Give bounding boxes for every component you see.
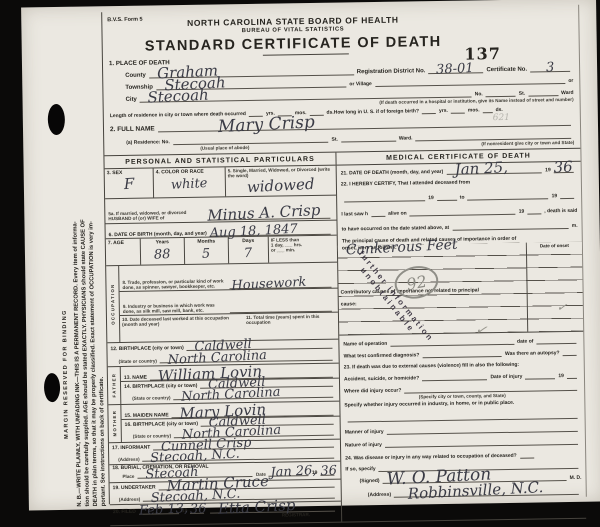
filed-row: 20. FILED Feb 13, 19 36 Etta Crisp REGIS…: [110, 501, 341, 525]
nature-line: [385, 436, 578, 447]
physician-addr-line: Robbinsville, N.C.: [394, 486, 579, 497]
where-injury-label: Where did injury occur?: [344, 387, 401, 394]
sex-color-marital-row: 3. SEX F 4. COLOR OR RACE white 5. Singl…: [105, 165, 336, 199]
occupation-side-label: OCCUPATION: [110, 276, 116, 332]
mother-bp-state-line: North Carolina: [174, 427, 334, 438]
to-year-line: [560, 190, 574, 198]
full-name-value: Mary Crisp: [217, 114, 315, 136]
district-label: Registration District No.: [357, 68, 426, 75]
to-label: to: [460, 194, 465, 200]
certno-line: 3: [530, 64, 570, 73]
burial-year-value: 36: [320, 464, 337, 478]
last-saw-label-1: I last saw h: [341, 211, 368, 217]
residence-st-line: [341, 134, 396, 143]
birthplace-state-label: (State or country): [119, 358, 157, 364]
operation-date-line: [536, 335, 576, 344]
trade-label: 8. Trade, profession, or particular kind…: [122, 278, 226, 291]
physician-addr-label: (Address): [368, 491, 391, 497]
m-label: m.: [572, 222, 578, 228]
registrar-signature: Etta Crisp: [218, 497, 296, 516]
nature-row: Nature of injury: [341, 436, 585, 448]
margin-binding-text: MARGIN RESERVED FOR BINDING: [62, 309, 70, 439]
operation-row: Name of operation date of: [339, 335, 583, 347]
manner-label: Manner of injury: [345, 428, 384, 435]
manner-row: Manner of injury: [341, 423, 585, 435]
burial-place-label: Place: [122, 473, 134, 478]
certificate-form: B.V.S. Form 5 NORTH CAROLINA STATE BOARD…: [101, 5, 587, 504]
mother-bp-state-label: (State or country): [133, 433, 171, 439]
city-label: City: [126, 97, 137, 103]
informant-addr-line: Stecoah, N.C.: [143, 450, 335, 461]
scan-background: MARGIN RESERVED FOR BINDING N. B.—WRITE …: [0, 0, 600, 527]
days-value: 7: [244, 246, 253, 259]
autopsy-line: [562, 347, 576, 355]
st-label: St.: [519, 91, 525, 97]
to-19-label: 19: [552, 193, 558, 199]
certificate-page: MARGIN RESERVED FOR BINDING N. B.—WRITE …: [21, 0, 600, 510]
district-line: 38-01: [428, 65, 483, 74]
date-of-onset-column: Date of onset ✓: [526, 241, 583, 331]
mother-bp-label: 16. BIRTHPLACE (city or town): [125, 420, 198, 427]
date-of-label: date of: [517, 338, 533, 344]
full-name-label: 2. FULL NAME: [110, 125, 155, 133]
attended-from-line: [344, 193, 425, 202]
filed-year-value: 36: [190, 502, 207, 516]
months-value: 5: [202, 247, 211, 260]
certificate-title: STANDARD CERTIFICATE OF DEATH: [103, 32, 579, 55]
filed-date-line: Feb 13,: [139, 506, 179, 515]
certno-value: 3: [546, 61, 555, 74]
date-of-onset-label: Date of onset: [527, 241, 582, 250]
abode-note: (Usual place of abode): [200, 145, 249, 151]
foreign-birth-label: How long in U. S. if of foreign birth?: [334, 108, 419, 115]
autopsy-label: Was there an autopsy?: [505, 350, 560, 357]
if-less-label-3: or ___ min.: [271, 246, 335, 252]
date-of-death-row: 21. DATE OF DEATH (month, day, and year)…: [337, 164, 581, 176]
form-columns: PERSONAL AND STATISTICAL PARTICULARS 3. …: [104, 148, 586, 526]
or-label: or: [568, 78, 573, 84]
undertaker-line: Martin Cruce: [159, 479, 335, 490]
external-causes-label: 23. If death was due to external causes …: [340, 360, 584, 370]
father-bp-state-line: North Carolina: [173, 389, 333, 400]
dod-label: 21. DATE OF DEATH (month, day, and year): [341, 168, 444, 176]
pencil-number-value: 92: [405, 271, 429, 294]
personal-column: PERSONAL AND STATISTICAL PARTICULARS 3. …: [104, 153, 342, 525]
spouse-line: Minus A. Crisp: [207, 210, 330, 220]
operation-line: [390, 336, 514, 346]
signed-label: (Signed): [360, 477, 380, 483]
lastsaw-19-label: 19: [519, 208, 525, 214]
mos-label: mos.: [468, 107, 480, 113]
filed-year-line: 36: [190, 505, 204, 513]
accident-row: Accident, suicide, or homicide? Date of …: [340, 370, 584, 382]
place-of-death-section: 1. PLACE OF DEATH County Graham Registra…: [109, 53, 574, 152]
pencil-annotation: 621: [493, 113, 510, 123]
mother-name-label: 15. MAIDEN NAME: [124, 412, 168, 419]
certify-statement: 22. I HEREBY CERTIFY, That I attended de…: [337, 177, 581, 187]
injury-date-label: Date of injury: [490, 373, 522, 380]
months-label: Months: [187, 238, 226, 245]
from-19-label: 19: [428, 195, 434, 201]
test-label: What test confirmed diagnosis?: [344, 352, 420, 359]
age-label: 7. AGE: [108, 239, 138, 245]
yrs-label: yrs.: [439, 108, 448, 114]
spouse-row: 5a. If married, widowed, or divorced HUS…: [105, 195, 336, 224]
city-value: Stecoah: [148, 88, 210, 106]
father-bp-state-label: (State or country): [132, 395, 170, 401]
informant-addr-label: (Address): [118, 456, 140, 461]
occurred-time-line: [452, 220, 569, 230]
informant-line: Cunnell Crisp: [153, 439, 334, 450]
cause-lines: onset, were as follows: Cankerous Feet C…: [338, 242, 527, 334]
last-saw-gender-line: [371, 208, 385, 216]
street-line: [528, 88, 558, 96]
fb-mos-line: [451, 106, 465, 114]
marital-value: widowed: [247, 177, 315, 195]
pencil-checkmark-2: ✓: [556, 299, 568, 314]
accident-line: [422, 372, 487, 381]
industry-row: 9. Industry or business in which work wa…: [120, 288, 338, 315]
undertaker-addr-label: (Address): [119, 496, 141, 501]
fb-yrs-line: [422, 106, 436, 114]
industry-line: [230, 303, 332, 313]
accident-label: Accident, suicide, or homicide?: [344, 375, 419, 382]
years-label: Years: [143, 239, 182, 246]
nature-label: Nature of injury: [345, 441, 382, 448]
last-saw-date-line: [410, 206, 516, 216]
operation-label: Name of operation: [343, 340, 387, 347]
burial-date-line: Jan 26,: [269, 468, 309, 477]
occurred-row: to have occurred on the date stated abov…: [338, 220, 582, 232]
specify-whether-line: [348, 410, 578, 422]
village-label: or Village: [349, 81, 372, 87]
sex-value: F: [123, 176, 134, 192]
manner-line: [387, 423, 578, 434]
related-label: 24. Was disease or injury in any way rel…: [345, 452, 517, 461]
age-row: 7. AGE Years 88 Months 5 Days 7 IF LESS: [106, 235, 337, 266]
dod-value: Jan 25,: [454, 160, 508, 178]
dod-line: Jan 25,: [446, 165, 542, 175]
father-birthplace-row: 14. BIRTHPLACE (city or town) Caldwell (…: [121, 378, 339, 403]
medical-column: MEDICAL CERTIFICATE OF DEATH 21. DATE OF…: [336, 149, 586, 521]
industry-label: 9. Industry or business in which work wa…: [123, 302, 227, 315]
trade-line: Housework: [229, 279, 331, 289]
burial-year-line: 36: [320, 467, 334, 475]
punch-hole-bottom: [44, 373, 60, 402]
attended-to-line: [467, 191, 548, 200]
title-rule: [263, 53, 349, 55]
specify-whether-label: Specify whether injury occurred in indus…: [340, 398, 584, 408]
injury-year-line: [567, 370, 577, 378]
years-value: 88: [154, 247, 171, 261]
related-occupation-row: 24. Was disease or injury in any way rel…: [341, 449, 585, 461]
house-no-line: [486, 89, 516, 97]
last-worked-label: 10. Date deceased last worked at this oc…: [122, 315, 242, 328]
diagnosis-row: What test confirmed diagnosis? Was there…: [340, 347, 584, 359]
punch-hole-top: [48, 104, 65, 135]
burial-date-value: Jan 26,: [271, 464, 318, 479]
fb-ds-line: [482, 105, 492, 113]
lastsaw-year-line: [527, 206, 541, 214]
informant-label: 17. INFORMANT: [112, 444, 150, 451]
death-said-label: , death is said: [544, 207, 577, 214]
residence-st-label: St.: [331, 137, 337, 143]
attended-dates-row: 19 to 19: [337, 190, 581, 202]
injury-19-label: 19: [558, 373, 564, 379]
last-saw-label-2: alive on: [388, 210, 407, 216]
residence-label: (a) Residence: No.: [126, 139, 170, 146]
md-label: M. D.: [570, 474, 582, 480]
ifso-label: If so, specify: [345, 466, 375, 472]
birthplace-label: 12. BIRTHPLACE (city or town): [110, 345, 183, 352]
district-value: 38-01: [436, 62, 474, 77]
ds-label: ds.: [326, 110, 333, 116]
color-value: white: [171, 177, 208, 192]
related-line: [520, 450, 534, 458]
no-label: No.: [475, 91, 483, 97]
trade-row: 8. Trade, profession, or particular kind…: [119, 262, 337, 291]
filed-date-value: Feb 13,: [138, 502, 188, 517]
dod-year-line: 36: [554, 164, 574, 172]
father-name-label: 13. NAME: [124, 374, 147, 380]
residence-ward-label: Ward.: [399, 135, 413, 141]
undertaker-label: 19. UNDERTAKER: [113, 484, 156, 491]
injury-date-line: [525, 371, 555, 379]
dod-year-value: 36: [553, 159, 573, 175]
village-line: [375, 76, 566, 87]
spouse-label: 5a. If married, widowed, or divorced HUS…: [108, 209, 204, 222]
last-saw-row: I last saw h alive on 19 , death is said: [337, 205, 581, 217]
father-group: FATHER 13. NAME William Lovin 14. BIRTHP…: [108, 363, 340, 405]
cause-of-death-area: onset, were as follows: Cankerous Feet C…: [338, 241, 583, 335]
from-year-line: [437, 192, 457, 200]
county-label: County: [125, 73, 146, 79]
form-number: B.V.S. Form 5: [107, 17, 142, 24]
nonresident-note: (If nonresident give city or town and St…: [481, 140, 574, 146]
occupation-group: OCCUPATION 8. Trade, profession, or part…: [106, 262, 338, 343]
filed-label: 20. FILED: [113, 508, 136, 514]
birthplace-state-line: North Carolina: [160, 352, 333, 363]
dod-19-label: 19: [545, 167, 551, 173]
days-label: Days: [231, 237, 266, 244]
physician-address-value: Robbinsville, N.C.: [408, 480, 544, 502]
test-line: [422, 349, 502, 358]
birthplace-row: 12. BIRTHPLACE (city or town) Caldwell (…: [107, 339, 338, 367]
total-time-label: 11. Total time (years) spent in this occ…: [246, 313, 336, 325]
father-bp-label: 14. BIRTHPLACE (city or town): [124, 382, 197, 389]
ward-label: Ward: [561, 90, 573, 96]
occurred-label: to have occurred on the date stated abov…: [342, 224, 450, 232]
certno-label: Certificate No.: [486, 67, 527, 74]
